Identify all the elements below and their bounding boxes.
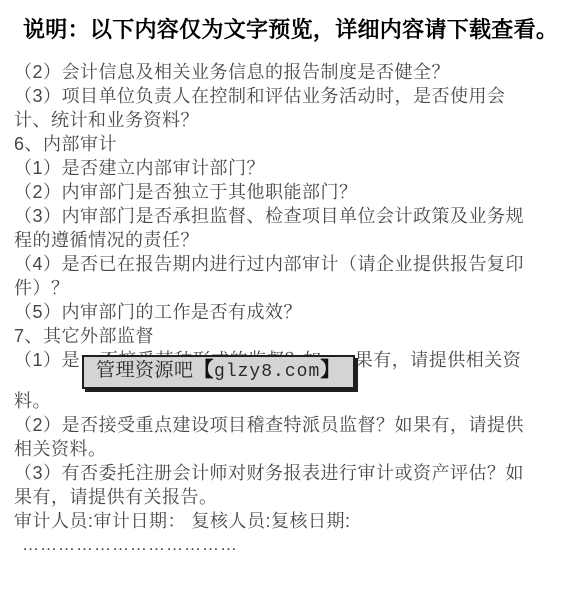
ellipsis-line: ……………………………… [14,533,572,557]
text-line: 相关资料。 [14,437,572,461]
text-line: （3）内审部门是否承担监督、检查项目单位会计政策及业务规 [14,204,572,228]
text-line: （5）内审部门的工作是否有成效？ [14,300,572,324]
text-line: 果有，请提供有关报告。 [14,485,572,509]
watermark-site-label: glzy8.com [214,362,320,382]
text-line-with-watermark: 否接受某种形式的监督？如（1）是管理资源吧【glzy8.com】果有，请提供相关… [14,348,572,389]
watermark-badge: 管理资源吧【glzy8.com】 [82,355,355,389]
preview-notice-heading: 说明：以下内容仅为文字预览，详细内容请下载查看。 [23,16,572,43]
watermark-label: 管理资源吧 [96,360,194,381]
text-line: （3）项目单位负责人在控制和评估业务活动时，是否使用会 [14,84,572,108]
document-preview-page: 说明：以下内容仅为文字预览，详细内容请下载查看。 （2）会计信息及相关业务信息的… [0,0,578,600]
text-line: 审计人员:审计日期： 复核人员:复核日期: [14,509,572,533]
text-line: （4）是否已在报告期内进行过内部审计（请企业提供报告复印 [14,252,572,276]
text-line: （2）会计信息及相关业务信息的报告制度是否健全？ [14,60,572,84]
text-line: 6、内部审计 [14,132,572,156]
text-line: 件）？ [14,276,572,300]
text-line: 7、其它外部监督 [14,324,572,348]
line-text-suffix: 果有，请提供相关资 [355,348,522,372]
text-line: （2）是否接受重点建设项目稽查特派员监督？如果有，请提供 [14,413,572,437]
document-body: （2）会计信息及相关业务信息的报告制度是否健全？（3）项目单位负责人在控制和评估… [14,60,572,557]
text-line: （3）有否委托注册会计师对财务报表进行审计或资产评估？如 [14,461,572,485]
watermark-bracket-open: 【 [194,359,215,381]
text-line: 计、统计和业务资料？ [14,108,572,132]
text-line: （1）是否建立内部审计部门？ [14,156,572,180]
text-line: （2）内审部门是否独立于其他职能部门？ [14,180,572,204]
line-text-prefix: （1）是 [14,348,80,372]
text-line: 程的遵循情况的责任？ [14,228,572,252]
text-line: 料。 [14,389,572,413]
watermark-bracket-close: 】 [320,359,341,381]
